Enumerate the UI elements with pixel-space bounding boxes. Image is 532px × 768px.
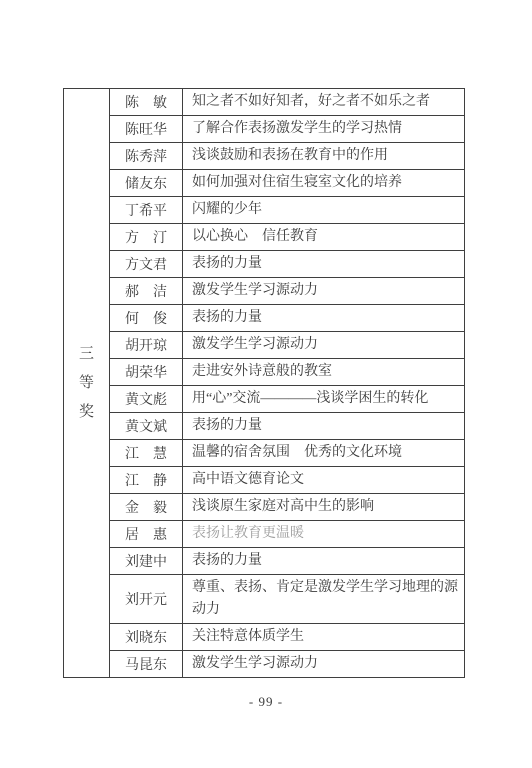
title-cell: 用“心”交流————浅谈学困生的转化 bbox=[183, 386, 465, 413]
table-row: 胡开琼激发学生学习源动力 bbox=[64, 332, 465, 359]
name-cell: 黄文斌 bbox=[110, 413, 183, 440]
title-cell: 尊重、表扬、肯定是激发学生学习地理的源动力 bbox=[183, 575, 465, 624]
name-cell: 黄文彪 bbox=[110, 386, 183, 413]
title-cell: 激发学生学习源动力 bbox=[183, 332, 465, 359]
award-tier-char: 奖 bbox=[64, 405, 109, 420]
table-row: 郝 洁激发学生学习源动力 bbox=[64, 278, 465, 305]
title-cell: 闪耀的少年 bbox=[183, 197, 465, 224]
name-cell: 居 惠 bbox=[110, 521, 183, 548]
title-cell: 以心换心 信任教育 bbox=[183, 224, 465, 251]
table-row: 何 俊表扬的力量 bbox=[64, 305, 465, 332]
table-row: 陈旺华了解合作表扬激发学生的学习热情 bbox=[64, 116, 465, 143]
name-cell: 刘晓东 bbox=[110, 624, 183, 651]
table-row: 金 毅浅谈原生家庭对高中生的影响 bbox=[64, 494, 465, 521]
title-cell: 表扬的力量 bbox=[183, 413, 465, 440]
title-cell: 激发学生学习源动力 bbox=[183, 651, 465, 678]
table-row: 居 惠表扬让教育更温暖 bbox=[64, 521, 465, 548]
title-cell: 表扬的力量 bbox=[183, 251, 465, 278]
award-tier-char: 三 bbox=[64, 347, 109, 362]
table-row: 黄文彪用“心”交流————浅谈学困生的转化 bbox=[64, 386, 465, 413]
name-cell: 郝 洁 bbox=[110, 278, 183, 305]
title-cell: 关注特意体质学生 bbox=[183, 624, 465, 651]
title-cell: 如何加强对住宿生寝室文化的培养 bbox=[183, 170, 465, 197]
name-cell: 陈秀萍 bbox=[110, 143, 183, 170]
title-cell: 表扬的力量 bbox=[183, 548, 465, 575]
document-page: 三等奖陈 敏知之者不如好知者，好之者不如乐之者陈旺华了解合作表扬激发学生的学习热… bbox=[0, 0, 532, 768]
title-cell: 表扬的力量 bbox=[183, 305, 465, 332]
table-row: 陈秀萍浅谈鼓励和表扬在教育中的作用 bbox=[64, 143, 465, 170]
table-row: 刘建中表扬的力量 bbox=[64, 548, 465, 575]
name-cell: 储友东 bbox=[110, 170, 183, 197]
table-row: 丁希平闪耀的少年 bbox=[64, 197, 465, 224]
title-cell: 激发学生学习源动力 bbox=[183, 278, 465, 305]
name-cell: 刘开元 bbox=[110, 575, 183, 624]
name-cell: 江 静 bbox=[110, 467, 183, 494]
title-cell: 表扬让教育更温暖 bbox=[183, 521, 465, 548]
title-cell: 知之者不如好知者，好之者不如乐之者 bbox=[183, 89, 465, 116]
table-row: 方 汀以心换心 信任教育 bbox=[64, 224, 465, 251]
table-row: 马昆东激发学生学习源动力 bbox=[64, 651, 465, 678]
name-cell: 刘建中 bbox=[110, 548, 183, 575]
name-cell: 陈旺华 bbox=[110, 116, 183, 143]
title-cell: 走进安外诗意般的教室 bbox=[183, 359, 465, 386]
table-row: 江 慧温馨的宿舍氛围 优秀的文化环境 bbox=[64, 440, 465, 467]
name-cell: 方 汀 bbox=[110, 224, 183, 251]
name-cell: 陈 敏 bbox=[110, 89, 183, 116]
title-cell: 浅谈原生家庭对高中生的影响 bbox=[183, 494, 465, 521]
award-tier-cell: 三等奖 bbox=[64, 89, 110, 678]
table-row: 江 静高中语文德育论文 bbox=[64, 467, 465, 494]
table-row: 三等奖陈 敏知之者不如好知者，好之者不如乐之者 bbox=[64, 89, 465, 116]
table-row: 储友东如何加强对住宿生寝室文化的培养 bbox=[64, 170, 465, 197]
table-row: 方文君表扬的力量 bbox=[64, 251, 465, 278]
awards-table-body: 三等奖陈 敏知之者不如好知者，好之者不如乐之者陈旺华了解合作表扬激发学生的学习热… bbox=[64, 89, 465, 678]
name-cell: 方文君 bbox=[110, 251, 183, 278]
table-row: 刘开元尊重、表扬、肯定是激发学生学习地理的源动力 bbox=[64, 575, 465, 624]
name-cell: 江 慧 bbox=[110, 440, 183, 467]
title-cell: 浅谈鼓励和表扬在教育中的作用 bbox=[183, 143, 465, 170]
title-cell: 温馨的宿舍氛围 优秀的文化环境 bbox=[183, 440, 465, 467]
name-cell: 胡开琼 bbox=[110, 332, 183, 359]
name-cell: 金 毅 bbox=[110, 494, 183, 521]
table-row: 胡荣华走进安外诗意般的教室 bbox=[64, 359, 465, 386]
title-cell: 了解合作表扬激发学生的学习热情 bbox=[183, 116, 465, 143]
name-cell: 胡荣华 bbox=[110, 359, 183, 386]
awards-table: 三等奖陈 敏知之者不如好知者，好之者不如乐之者陈旺华了解合作表扬激发学生的学习热… bbox=[63, 88, 465, 678]
page-number: - 99 - bbox=[0, 694, 532, 710]
table-row: 刘晓东关注特意体质学生 bbox=[64, 624, 465, 651]
name-cell: 何 俊 bbox=[110, 305, 183, 332]
name-cell: 马昆东 bbox=[110, 651, 183, 678]
award-tier-char: 等 bbox=[64, 376, 109, 391]
title-cell: 高中语文德育论文 bbox=[183, 467, 465, 494]
table-row: 黄文斌表扬的力量 bbox=[64, 413, 465, 440]
name-cell: 丁希平 bbox=[110, 197, 183, 224]
